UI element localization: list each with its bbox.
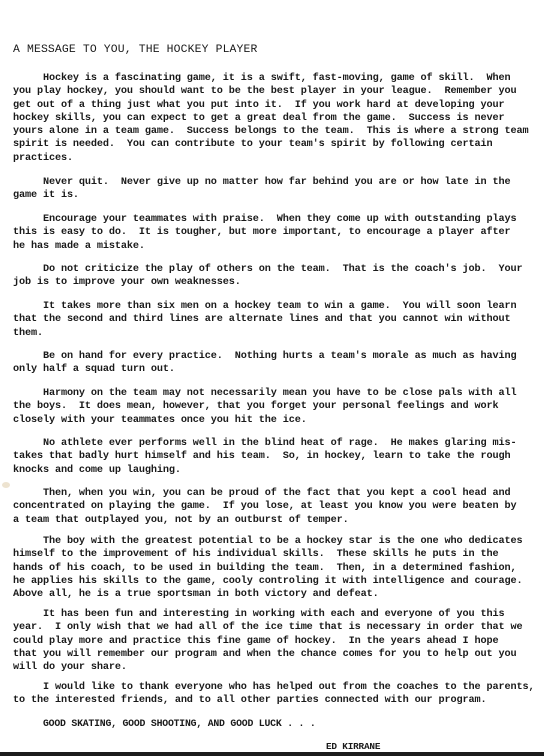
paragraph-star-potential: The boy with the greatest potential to b… xyxy=(13,535,522,601)
paragraph-practice: Be on hand for every practice. Nothing h… xyxy=(13,350,516,377)
page-bottom-border xyxy=(0,752,544,756)
paper-smudge xyxy=(2,482,10,488)
paragraph-rage: No athlete ever performs well in the bli… xyxy=(13,437,516,477)
paragraph-thanks: I would like to thank everyone who has h… xyxy=(13,681,534,708)
paragraph-six-men: It takes more than six men on a hockey t… xyxy=(13,300,516,340)
document-page: A MESSAGE TO YOU, THE HOCKEY PLAYER Hock… xyxy=(0,0,544,752)
paragraph-win: Then, when you win, you can be proud of … xyxy=(13,487,516,527)
paragraph-fun-year: It has been fun and interesting in worki… xyxy=(13,608,522,674)
document-title: A MESSAGE TO YOU, THE HOCKEY PLAYER xyxy=(13,44,258,56)
paragraph-encourage: Encourage your teammates with praise. Wh… xyxy=(13,213,516,253)
paragraph-never-quit: Never quit. Never give up no matter how … xyxy=(13,176,510,203)
paragraph-intro: Hockey is a fascinating game, it is a sw… xyxy=(13,72,528,165)
paragraph-do-not-criticize: Do not criticize the play of others on t… xyxy=(13,263,522,290)
closing-line: GOOD SKATING, GOOD SHOOTING, AND GOOD LU… xyxy=(43,718,316,729)
signature: ED KIRRANE xyxy=(326,741,380,752)
paragraph-harmony: Harmony on the team may not necessarily … xyxy=(13,387,516,427)
